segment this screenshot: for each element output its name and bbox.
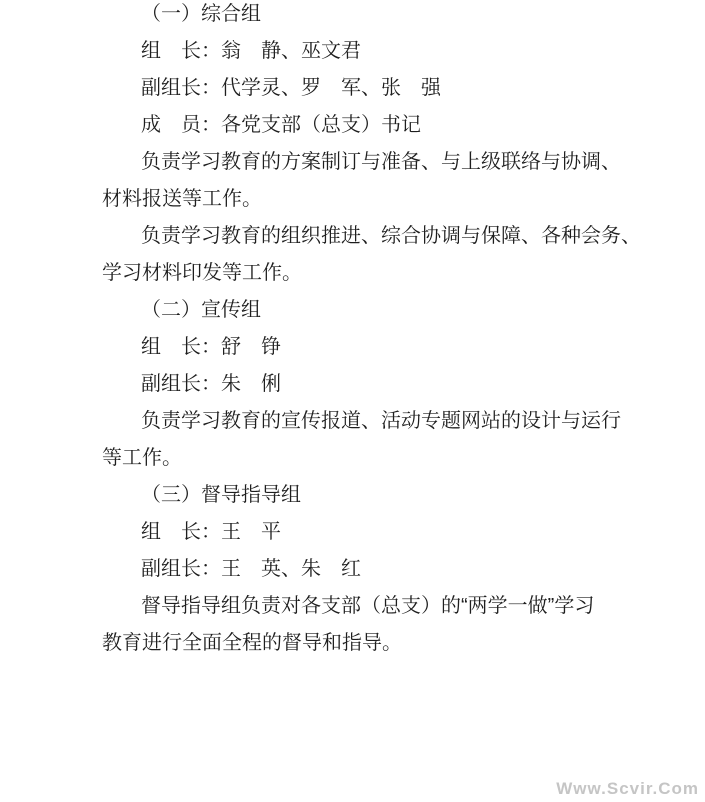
text-line: 组 长：翁 静、巫文君 [102,33,662,70]
text-line: 副组长：王 英、朱 红 [102,551,662,588]
text-line: 组 长：舒 铮 [102,329,662,366]
text-line: 负责学习教育的方案制订与准备、与上级联络与协调、 [102,144,662,181]
text-line: 材料报送等工作。 [102,181,662,218]
text-line: 成 员：各党支部（总支）书记 [102,107,662,144]
text-line: 负责学习教育的组织推进、综合协调与保障、各种会务、 [102,218,662,255]
text-line: 督导指导组负责对各支部（总支）的“两学一做”学习 [102,588,662,625]
text-line: 等工作。 [102,440,662,477]
text-line: 副组长：朱 俐 [102,366,662,403]
text-line: 组 长：王 平 [102,514,662,551]
text-line: 副组长：代学灵、罗 军、张 强 [102,70,662,107]
text-line: （三）督导指导组 [102,477,662,514]
text-line: 学习材料印发等工作。 [102,255,662,292]
text-line: （二）宣传组 [102,292,662,329]
document-body: （一）综合组组 长：翁 静、巫文君副组长：代学灵、罗 军、张 强成 员：各党支部… [102,0,662,662]
text-line: 负责学习教育的宣传报道、活动专题网站的设计与运行 [102,403,662,440]
text-line: 教育进行全面全程的督导和指导。 [102,625,662,662]
document-page: （一）综合组组 长：翁 静、巫文君副组长：代学灵、罗 军、张 强成 员：各党支部… [0,0,705,802]
watermark: Www.Scvir.Com [556,779,699,799]
text-line: （一）综合组 [102,0,662,33]
